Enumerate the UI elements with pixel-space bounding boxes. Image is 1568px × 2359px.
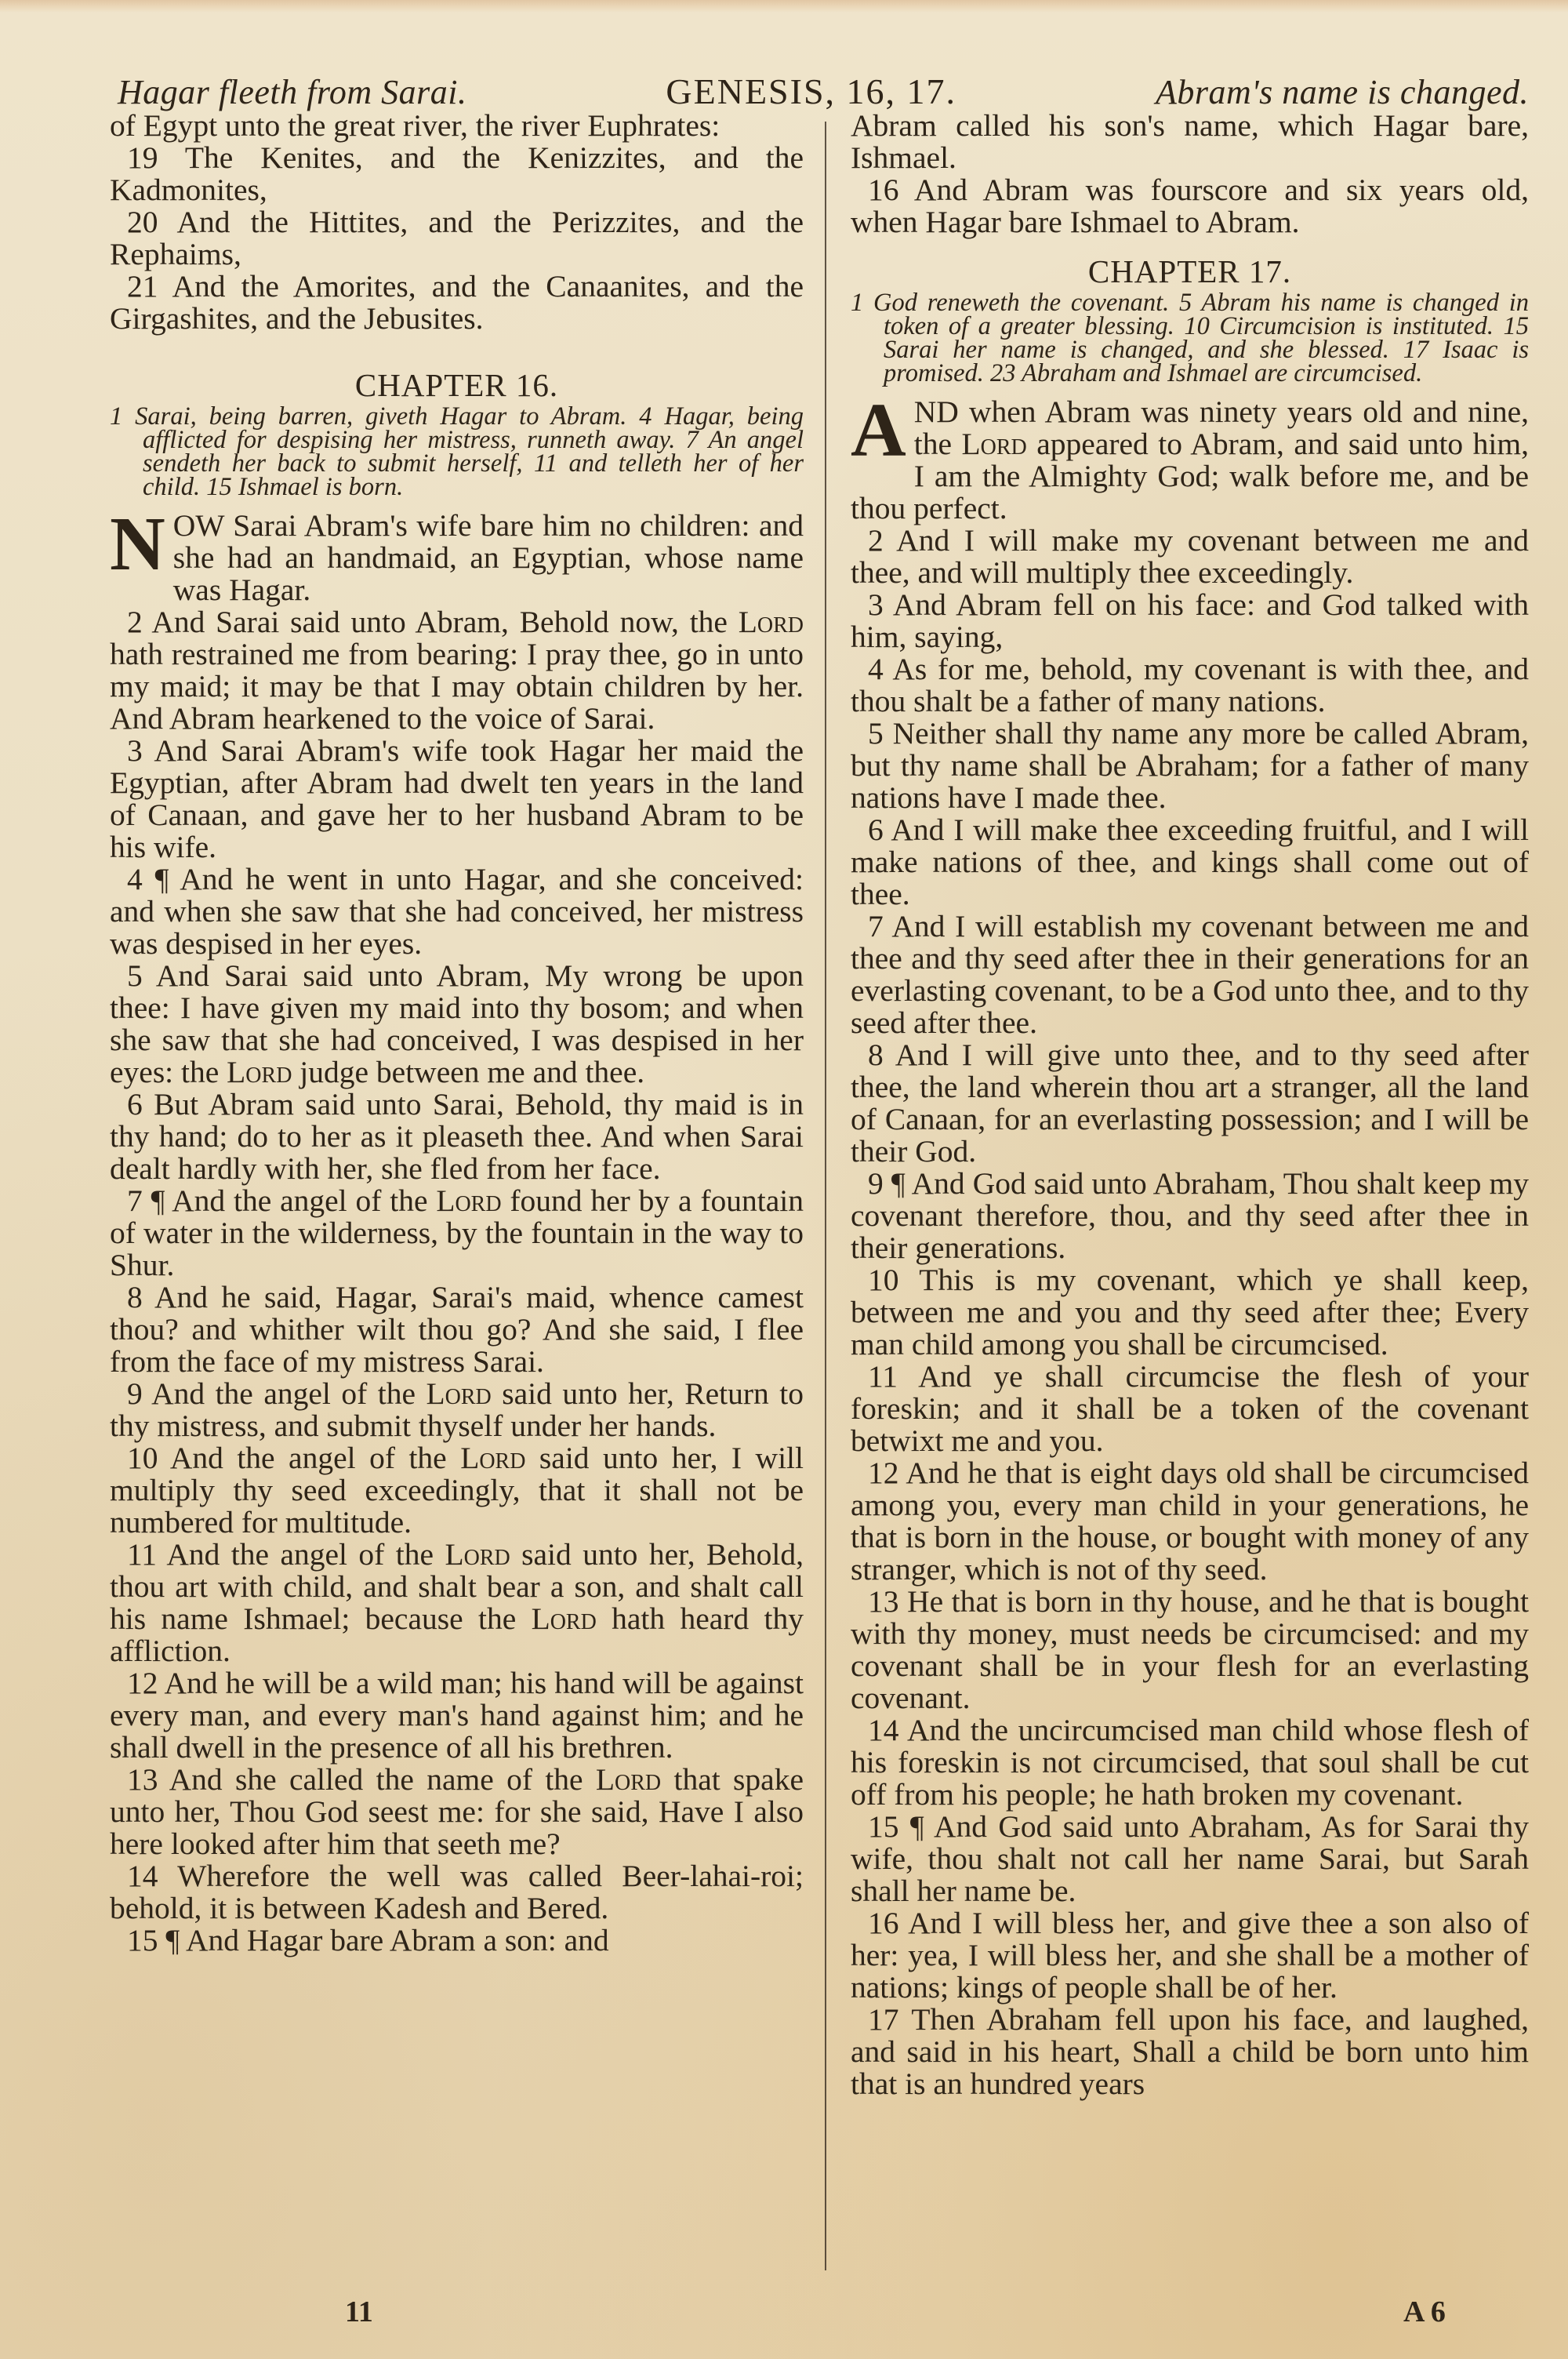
verse-number: 13 [868,1584,899,1619]
verse: 17 Then Abraham fell upon his face, and … [851,2004,1529,2100]
verse: 2 And I will make my covenant between me… [851,525,1529,589]
verse: 20 And the Hittites, and the Perizzites,… [110,206,804,271]
verse-text: The Kenites, and the Kenizzites, and the… [110,140,804,207]
verse: 8 And he said, Hagar, Sarai's maid, when… [110,1281,804,1378]
verse: 5 And Sarai said unto Abram, My wrong be… [110,960,804,1089]
verse-list: 2 And Sarai said unto Abram, Behold now,… [110,606,804,1957]
verse-text: But Abram said unto Sarai, Behold, thy m… [110,1087,804,1186]
verse-number: 14 [127,1859,158,1893]
divine-name: Lord [532,1601,597,1636]
running-head-left: Hagar fleeth from Sarai. [118,72,466,112]
verse-text: And Sarai said unto Abram, Behold now, t… [110,605,804,736]
verse-number: 7 [127,1183,143,1218]
verse-number: 7 [868,909,884,943]
verse-number: 12 [868,1456,899,1490]
right-column: Abram called his son's name, which Hagar… [851,110,1529,2100]
chapter-heading: CHAPTER 17. [851,256,1529,288]
verse-number: 6 [127,1087,143,1121]
verse-number: 15 [868,1809,899,1844]
verse: 14 And the uncircumcised man child whose… [851,1714,1529,1811]
verse: 19 The Kenites, and the Kenizzites, and … [110,142,804,206]
verse-number: 13 [127,1762,158,1797]
divine-name: Lord [436,1183,501,1218]
verse-text: This is my covenant, which ye shall keep… [851,1263,1529,1361]
verse-text: Neither shall thy name any more be calle… [851,716,1529,815]
running-head-center: GENESIS, 16, 17. [666,71,956,112]
verse: 9 ¶ And God said unto Abraham, Thou shal… [851,1168,1529,1264]
verse-number: 8 [127,1280,143,1314]
verse-text: And she called the name of the Lord that… [110,1762,804,1861]
verse-text: And I will give unto thee, and to thy se… [851,1038,1529,1169]
verse: 16 And I will bless her, and give thee a… [851,1907,1529,2004]
verse-text: And the uncircumcised man child whose fl… [851,1713,1529,1812]
verse-text: As for me, behold, my covenant is with t… [851,652,1529,718]
column-divider [825,122,826,2270]
verse-text: And I will bless her, and give thee a so… [851,1906,1529,2005]
verse-text: And I will establish my covenant between… [851,909,1529,1040]
verse-text: And he that is eight days old shall be c… [851,1456,1529,1587]
verse-text: And Abram was fourscore and six years ol… [851,173,1529,239]
verse-number: 15 [127,1923,158,1957]
verse-text: And Sarai said unto Abram, My wrong be u… [110,958,804,1089]
page-number: 11 [345,2295,373,2329]
verse: 3 And Abram fell on his face: and God ta… [851,589,1529,653]
signature-mark: A 6 [1403,2295,1446,2329]
verse-text: And I will make thee exceeding fruitful,… [851,812,1529,911]
verse-number: 14 [868,1713,899,1747]
verse-number: 16 [868,173,899,207]
book-page: Hagar fleeth from Sarai. GENESIS, 16, 17… [0,0,1568,2359]
running-head-right: Abram's name is changed. [1156,72,1529,112]
verse: 4 As for me, behold, my covenant is with… [851,653,1529,718]
verse-number: 11 [868,1359,898,1394]
verse-text: OW Sarai Abram's wife bare him no childr… [173,508,804,607]
divine-name: Lord [227,1055,292,1089]
verse-text: And the angel of the Lord said unto her,… [110,1376,804,1443]
verse-number: 5 [127,958,143,993]
divine-name: Lord [739,605,804,639]
verse-opening: AND when Abram was ninety years old and … [851,396,1529,525]
verse-text: ¶ And he went in unto Hagar, and she con… [110,862,804,961]
verse: 7 And I will establish my covenant betwe… [851,911,1529,1039]
verse-text: And I will make my covenant between me a… [851,523,1529,590]
verse: 4 ¶ And he went in unto Hagar, and she c… [110,863,804,960]
verse-number: 3 [868,587,884,622]
verse-number: 9 [868,1166,884,1201]
verse: 12 And he will be a wild man; his hand w… [110,1667,804,1764]
verse-number: 4 [868,652,884,686]
verse-text: And the angel of the Lord said unto her,… [110,1441,804,1539]
verse: 12 And he that is eight days old shall b… [851,1457,1529,1586]
verse-number: 12 [127,1666,158,1700]
verse-text: And he will be a wild man; his hand will… [110,1666,804,1765]
verse-text: ¶ And God said unto Abraham, As for Sara… [851,1809,1529,1908]
verse: 15 ¶ And Hagar bare Abram a son: and [110,1925,804,1957]
verse-text: And he said, Hagar, Sarai's maid, whence… [110,1280,804,1379]
verse-text: And the Amorites, and the Canaanites, an… [110,269,804,336]
verse: 13 He that is born in thy house, and he … [851,1586,1529,1714]
verse-text: Wherefore the well was called Beer-lahai… [110,1859,804,1925]
divine-name: Lord [460,1441,525,1475]
verse: 21 And the Amorites, and the Canaanites,… [110,271,804,335]
verse: 13 And she called the name of the Lord t… [110,1764,804,1860]
verse: 15 ¶ And God said unto Abraham, As for S… [851,1811,1529,1907]
verse-number: 4 [127,862,143,896]
divine-name: Lord [445,1537,510,1572]
verse-text: He that is born in thy house, and he tha… [851,1584,1529,1715]
drop-cap: A [851,399,906,462]
verse-number: 3 [127,733,143,768]
verse-text: ¶ And God said unto Abraham, Thou shalt … [851,1166,1529,1265]
verse-number: 17 [868,2002,899,2037]
verse-number: 16 [868,1906,899,1940]
divine-name: Lord [426,1376,492,1411]
divine-name: Lord [596,1762,661,1797]
chapter-heading: CHAPTER 16. [110,369,804,402]
verse-number: 8 [868,1038,884,1072]
chapter-summary: 1 Sarai, being barren, giveth Hagar to A… [110,405,804,499]
continuation-text: of Egypt unto the great river, the river… [110,110,804,142]
verse-number: 20 [127,205,158,239]
verse: 3 And Sarai Abram's wife took Hagar her … [110,735,804,863]
verse-number: 10 [868,1263,899,1297]
verse-list: 2 And I will make my covenant between me… [851,525,1529,2100]
verse-number: 5 [868,716,884,751]
verse-text: ¶ And Hagar bare Abram a son: and [165,1923,608,1957]
drop-cap: N [110,513,165,576]
verse-number: 6 [868,812,884,847]
verse: 6 But Abram said unto Sarai, Behold, thy… [110,1089,804,1185]
verse: 6 And I will make thee exceeding fruitfu… [851,814,1529,911]
verse-number: 9 [127,1376,143,1411]
verse: 14 Wherefore the well was called Beer-la… [110,1860,804,1925]
verse-text: And the Hittites, and the Perizzites, an… [110,205,804,271]
verse-number: 11 [127,1537,157,1572]
continuation-text: Abram called his son's name, which Hagar… [851,110,1529,174]
verse-text: ¶ And the angel of the Lord found her by… [110,1183,804,1282]
verse-opening: NOW Sarai Abram's wife bare him no child… [110,510,804,606]
verse-text: ND when Abram was ninety years old and n… [851,394,1529,525]
page-top-edge [0,0,1568,13]
verse: 11 And ye shall circumcise the flesh of … [851,1361,1529,1457]
verse: 8 And I will give unto thee, and to thy … [851,1039,1529,1168]
verse-text: And ye shall circumcise the flesh of you… [851,1359,1529,1458]
verse: 2 And Sarai said unto Abram, Behold now,… [110,606,804,735]
verse-number: 19 [127,140,158,175]
verse-number: 10 [127,1441,158,1475]
verse-text: And Abram fell on his face: and God talk… [851,587,1529,654]
chapter-summary: 1 God reneweth the covenant. 5 Abram his… [851,291,1529,385]
verse-number: 2 [127,605,143,639]
verse: 5 Neither shall thy name any more be cal… [851,718,1529,814]
verse-text: Then Abraham fell upon his face, and lau… [851,2002,1529,2101]
divine-name: Lord [962,427,1027,461]
verse-number: 2 [868,523,884,558]
verse: 10 And the angel of the Lord said unto h… [110,1442,804,1539]
verse-text: And Sarai Abram's wife took Hagar her ma… [110,733,804,864]
verse-text: And the angel of the Lord said unto her,… [110,1537,804,1668]
verse-number: 21 [127,269,158,304]
verse: 11 And the angel of the Lord said unto h… [110,1539,804,1667]
verse: 10 This is my covenant, which ye shall k… [851,1264,1529,1361]
verse: 7 ¶ And the angel of the Lord found her … [110,1185,804,1281]
left-column: of Egypt unto the great river, the river… [110,110,804,1957]
verse: 9 And the angel of the Lord said unto he… [110,1378,804,1442]
verse: 16 And Abram was fourscore and six years… [851,174,1529,238]
